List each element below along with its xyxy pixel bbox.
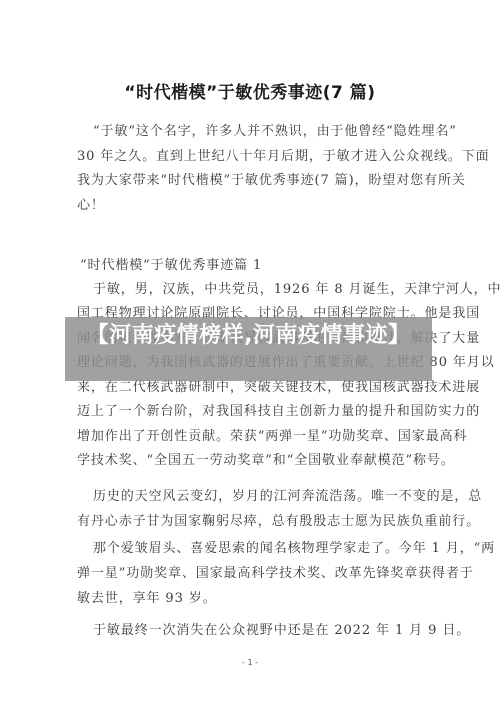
body-line: 来，在二代核武器研制中，突破关键技术，使我国核武器技术进展 [77, 380, 429, 396]
intro-line: “于敏”这个名字，许多人并不熟识，由于他曾经“隐姓埋名” [93, 124, 429, 140]
body-line: 于敏最终一次消失在公众视野中还是在 2022 年 1 月 9 日。 [93, 623, 429, 639]
body-line: 敏去世，享年 93 岁。 [77, 591, 429, 607]
intro-line: 我为大家带来“时代楷模”于敏优秀事迹(7 篇)，盼望对您有所关 [77, 173, 429, 189]
body-line: 有丹心赤子甘为国家鞠躬尽瘁，总有殷殷志士愿为民族负重前行。 [77, 514, 429, 530]
body-line: 历史的天空风云变幻，岁月的江河奔流浩荡。唯一不变的是，总 [93, 489, 429, 505]
intro-line: 30 年之久。直到上世纪八十年月后期，于敏才进入公众视线。下面 [77, 149, 429, 165]
intro-line: 心！ [77, 198, 429, 214]
body-line: 弹一星”功勋奖章、国家最高科学技术奖、改革先锋奖章获得者于 [77, 566, 429, 582]
document-title: “时代楷模”于敏优秀事迹(7 篇) [0, 78, 500, 103]
body-line: 那个爱皱眉头、喜爱思索的闻名核物理学家走了。今年 1 月，“两 [93, 541, 429, 557]
overlay-banner-title: 【河南疫情榜样,河南疫情事迹】 [65, 323, 432, 349]
body-line: 增加作出了开创性贡献。荣获“两弹一星”功勋奖章、国家最高科 [77, 429, 429, 445]
overlay-banner: 【河南疫情榜样,河南疫情事迹】 [65, 317, 432, 381]
document-page: “时代楷模”于敏优秀事迹(7 篇) “于敏”这个名字，许多人并不熟识，由于他曾经… [0, 0, 500, 706]
body-line: 于敏，男，汉族，中共党员，1926 年 8 月诞生，天津宁河人，中 [93, 282, 429, 298]
body-line: 学技术奖、“全国五一劳动奖章”和“全国敬业奉献模范”称号。 [77, 453, 429, 469]
body-line: 迈上了一个新台阶，对我国科技自主创新力量的提升和国防实力的 [77, 404, 429, 420]
section-heading: “时代楷模”于敏优秀事迹篇 1 [80, 258, 432, 274]
page-number: - 1 - [0, 658, 500, 667]
